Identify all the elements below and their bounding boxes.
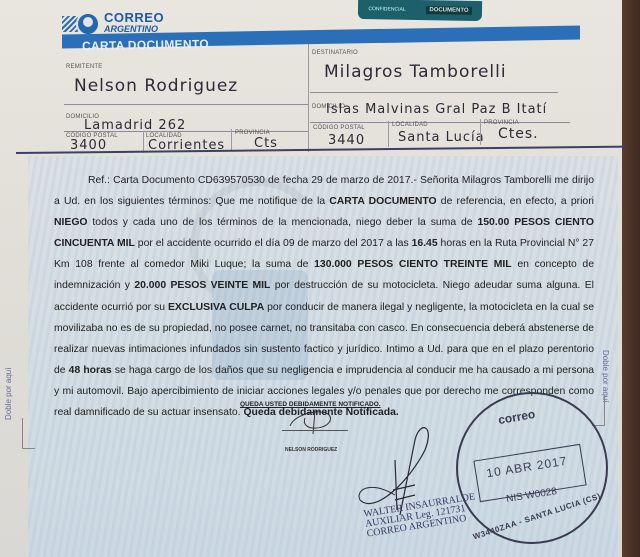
- recipient-province: Ctes.: [498, 126, 539, 142]
- divider: [64, 104, 308, 105]
- fold-here-label-left: Doble por aquí: [4, 368, 13, 420]
- letter-body: Ref.: Carta Documento CD639570530 de fec…: [54, 170, 594, 423]
- letter-text-run: NIEGO: [54, 217, 88, 228]
- sender-label: REMITENTE: [66, 64, 102, 70]
- correo-logo-icon: [62, 10, 98, 36]
- recipient-city-label: LOCALIDAD: [392, 122, 428, 128]
- divider: [388, 121, 389, 147]
- sender-name: Nelson Rodriguez: [74, 76, 238, 96]
- brand-line1: CORREO: [104, 10, 164, 25]
- divider: [310, 122, 570, 123]
- stamp-logo: correo: [497, 407, 536, 427]
- recipient-cp: 3440: [328, 133, 365, 148]
- letter-text-run: EXCLUSIVA CULPA: [168, 302, 264, 313]
- recipient-city: Santa Lucía: [398, 130, 485, 145]
- fold-bracket-icon: [22, 418, 35, 449]
- recipient-cp-label: CÓDIGO POSTAL: [313, 125, 365, 131]
- letter-text-run: por el accidente ocurrido el día 09 de m…: [135, 238, 412, 249]
- letter-text-run: 48 horas: [69, 365, 112, 376]
- divider: [480, 119, 481, 145]
- divider: [231, 129, 232, 151]
- postal-stamp: correo 10 ABR 2017 NIS W0028 W3440ZAA - …: [456, 392, 608, 544]
- background-surface: [622, 0, 640, 557]
- signer-name: NELSON RODRIGUEZ: [285, 447, 337, 453]
- letter-text-run: 16.45: [412, 238, 438, 249]
- fold-bracket-icon: [592, 395, 605, 426]
- letter-text-run: 130.000 PESOS CIENTO TREINTE MIL: [314, 259, 512, 270]
- signature-line: [282, 430, 348, 431]
- badge-right-label: DOCUMENTO: [426, 6, 471, 15]
- badge-left-label: CONFIDENCIAL: [368, 6, 405, 13]
- form-title: CARTA DOCUMENTO: [82, 37, 209, 53]
- recipient-name: Milagros Tamborelli: [324, 62, 507, 82]
- recipient-address: Islas Malvinas Gral Paz B Itatí: [326, 102, 547, 117]
- letter-paragraph: Ref.: Carta Documento CD639570530 de fec…: [54, 170, 594, 423]
- sender-signature-icon: [285, 406, 345, 436]
- letter-text-run: todos y cada uno de los términos de la m…: [88, 217, 478, 228]
- recipient-label: DESTINATARIO: [312, 50, 358, 56]
- letter-text-run: de referencia, en efecto, a priori: [437, 196, 594, 207]
- letter-text-run: 20.000 PESOS VEINTE MIL: [134, 280, 270, 291]
- divider: [64, 131, 308, 132]
- divider: [310, 92, 558, 93]
- letter-text-run: CARTA DOCUMENTO: [329, 196, 436, 207]
- confidential-badge: CONFIDENCIAL DOCUMENTO: [358, 0, 482, 21]
- divider: [308, 44, 309, 152]
